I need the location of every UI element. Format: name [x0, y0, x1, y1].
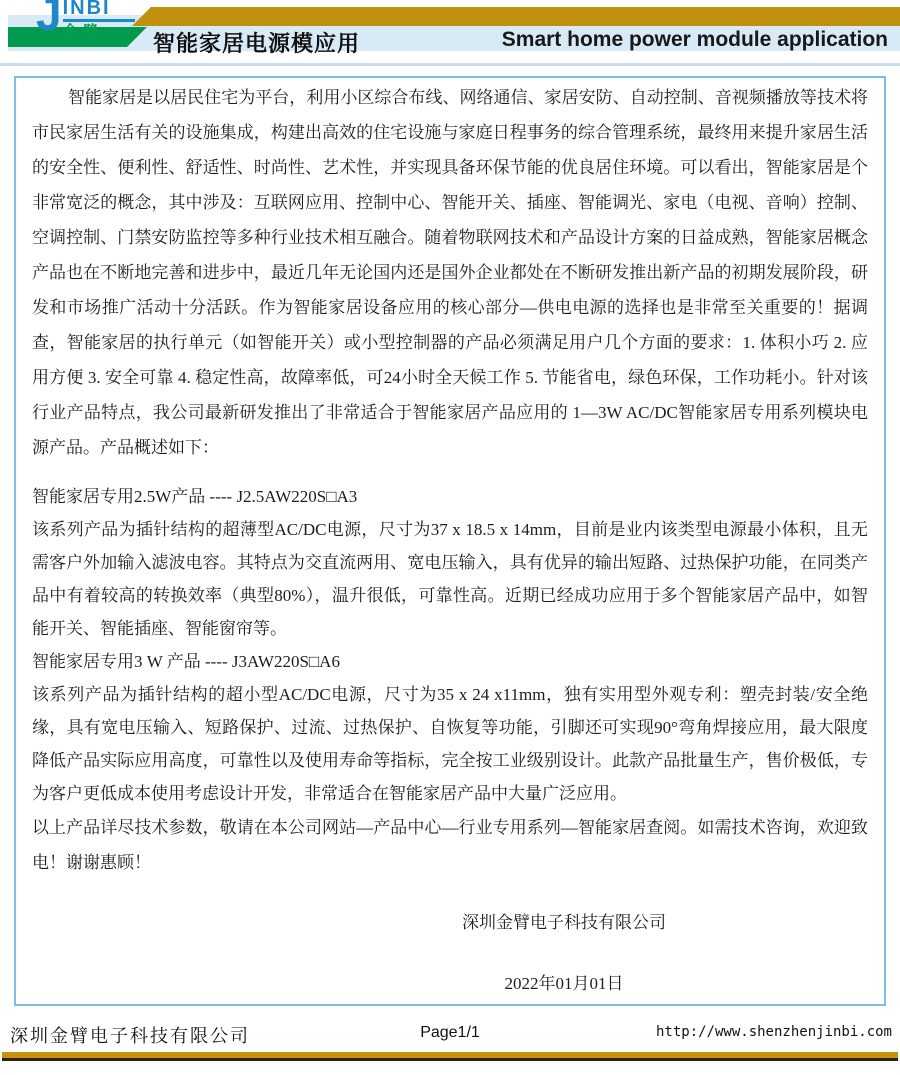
document-body-box: 智能家居是以居民住宅为平台，利用小区综合布线、网络通信、家居安防、自动控制、音视…	[14, 76, 886, 1006]
logo-text-block: INBI 金臂	[63, 0, 135, 41]
product-3w-description: 该系列产品为插针结构的超小型AC/DC电源，尺寸为35 x 24 x11mm，独…	[32, 678, 868, 810]
page-title-chinese: 智能家居电源模应用	[153, 27, 360, 58]
logo-inbi-text: INBI	[63, 0, 135, 18]
closing-paragraph: 以上产品详尽技术参数，敬请在本公司网站—产品中心—行业专用系列—智能家居查阅。如…	[32, 810, 868, 880]
jinbi-logo: J INBI 金臂	[36, 0, 135, 41]
product-2-5w-description: 该系列产品为插针结构的超薄型AC/DC电源，尺寸为37 x 18.5 x 14m…	[32, 513, 868, 645]
logo-underline	[63, 19, 135, 22]
logo-letter-j: J	[36, 0, 62, 38]
company-signature: 深圳金臂电子科技有限公司	[32, 906, 868, 939]
product-2-5w-title: 智能家居专用2.5W产品 ---- J2.5AW220S□A3	[32, 480, 868, 513]
header-gold-band	[132, 7, 900, 26]
footer-dark-bar	[2, 1058, 898, 1061]
product-3w-title: 智能家居专用3 W 产品 ---- J3AW220S□A6	[32, 645, 868, 678]
document-date: 2022年01月01日	[32, 967, 868, 1000]
intro-paragraph: 智能家居是以居民住宅为平台，利用小区综合布线、网络通信、家居安防、自动控制、音视…	[32, 80, 868, 465]
header-divider-line	[0, 63, 900, 66]
document-page: J INBI 金臂 智能家居电源模应用 Smart home power mod…	[0, 0, 900, 1075]
logo-chinese-text: 金臂	[63, 23, 135, 41]
page-title-english: Smart home power module application	[502, 28, 888, 52]
footer-website-link[interactable]: http://www.shenzhenjinbi.com	[656, 1024, 892, 1040]
